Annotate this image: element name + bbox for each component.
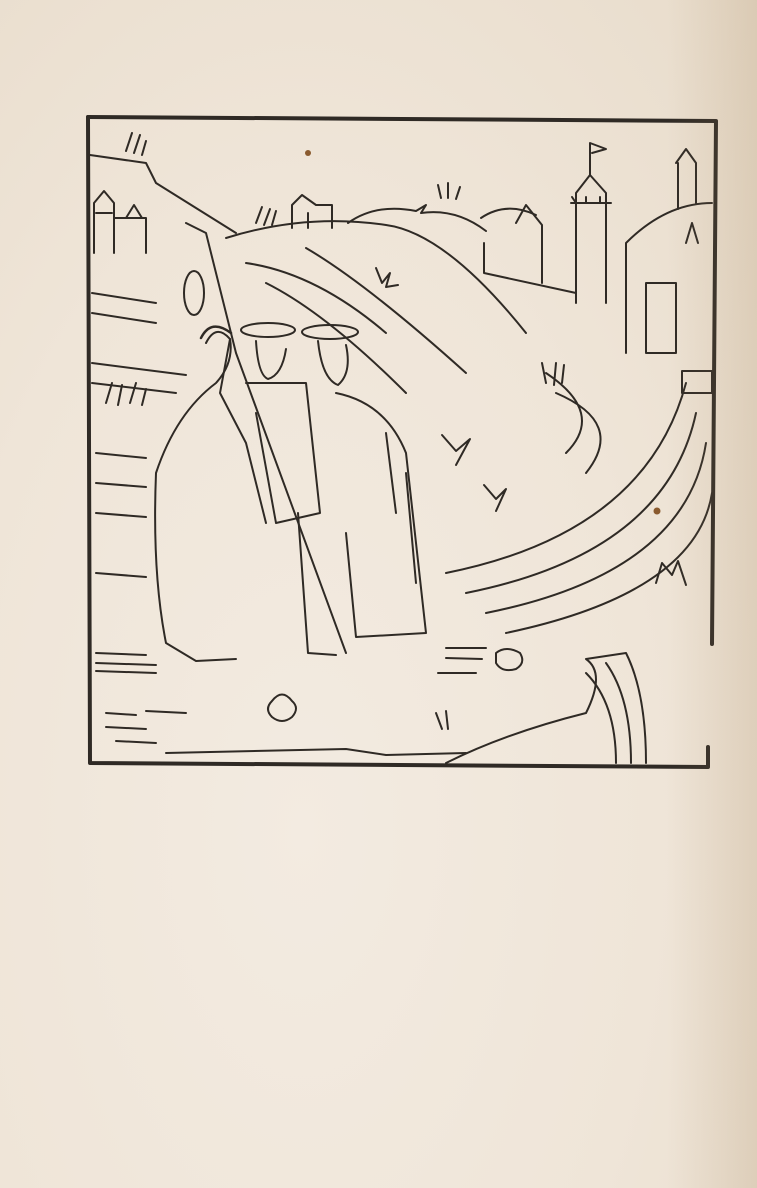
figure-left bbox=[155, 223, 346, 661]
central-hill bbox=[226, 195, 526, 393]
ink-stain bbox=[305, 150, 311, 156]
figure-right bbox=[302, 325, 426, 637]
left-fields bbox=[92, 293, 186, 673]
ink-stain bbox=[654, 508, 661, 515]
figure-center bbox=[241, 323, 336, 655]
woodcut-illustration bbox=[86, 113, 718, 769]
winding-road bbox=[446, 373, 712, 633]
left-town bbox=[90, 133, 236, 253]
foreground bbox=[106, 648, 646, 763]
book-page bbox=[0, 0, 757, 1188]
right-town bbox=[484, 143, 712, 393]
